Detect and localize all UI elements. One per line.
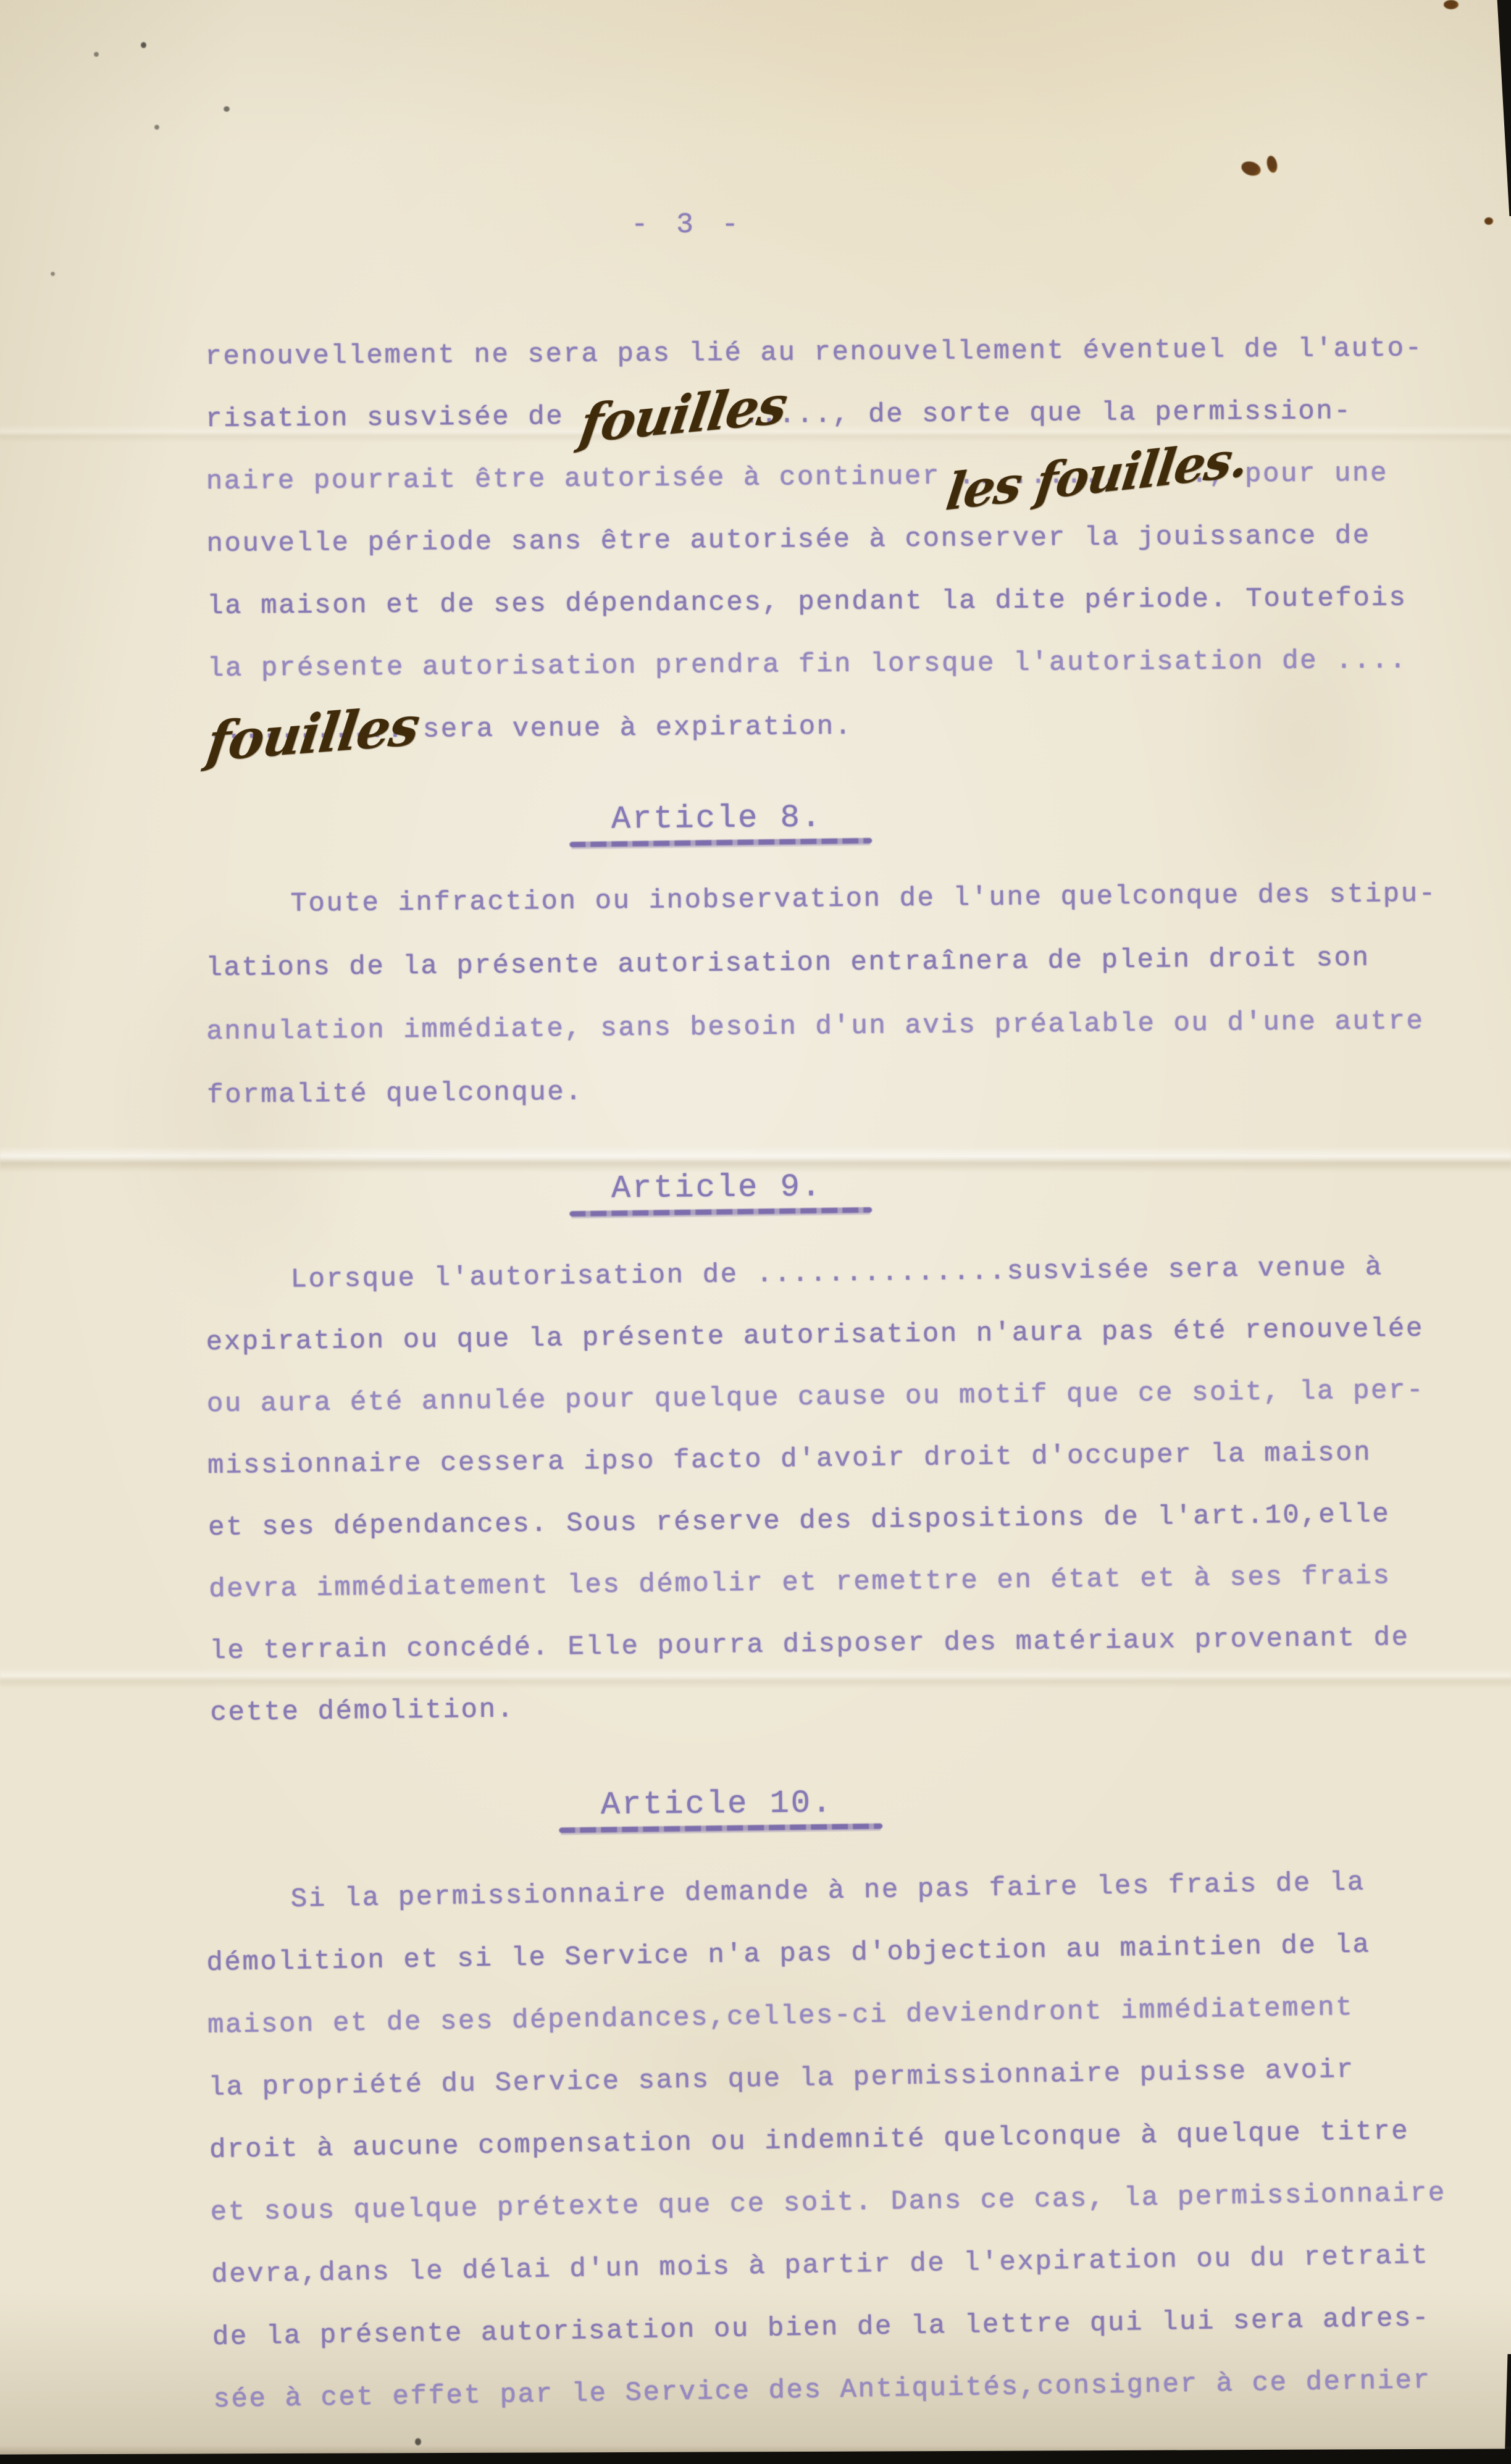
typed-line: ........fouilles... sera venue à expirat…	[207, 692, 1468, 763]
typed-line: nouvelle période sans être autorisée à c…	[206, 505, 1467, 576]
article-10-heading: Article 10.	[0, 1786, 1511, 1830]
foxing-stain	[1484, 217, 1493, 225]
typed-line: lations de la présente autorisation entr…	[206, 926, 1466, 1000]
typed-segment: ... sera venue à expiration.	[351, 711, 852, 746]
dotted-blank: ..............les fouilles.	[958, 444, 1210, 508]
handwritten-word-fouilles: fouilles	[576, 372, 791, 455]
typed-line: annulation immédiate, sans besoin d'un a…	[206, 989, 1467, 1064]
article-9-paragraph: Lorsque l'autorisation de ..............…	[205, 1236, 1470, 1744]
typed-segment: risation susvisée de	[206, 401, 582, 435]
dotted-blank: ..............fouilles	[582, 384, 833, 448]
article-9-heading: Article 9.	[0, 1170, 1511, 1213]
intro-paragraph: renouvellement ne sera pas lié au renouv…	[205, 317, 1468, 763]
article-10-paragraph: Si la permissionnaire demande à ne pas f…	[205, 1850, 1473, 2431]
typed-line: formalité quelconque.	[207, 1053, 1467, 1128]
ink-speck	[415, 2438, 421, 2445]
ink-speck	[94, 52, 99, 57]
ink-speck	[154, 125, 159, 130]
typed-line: naire pourrait être autorisée à continue…	[206, 442, 1466, 513]
typed-segment: naire pourrait être autorisée à continue…	[206, 461, 959, 497]
fold-crease	[0, 1146, 1511, 1172]
typed-line: Toute infraction ou inobservation de l'u…	[205, 862, 1465, 937]
article-9-heading-text: Article 9.	[611, 1169, 823, 1215]
article-8-heading: Article 8.	[0, 800, 1511, 844]
page-number: - 3 -	[0, 209, 1443, 241]
dotted-blank: ........fouilles	[207, 699, 351, 763]
typed-segment: , de sorte que la permission-	[832, 396, 1352, 430]
typed-line: renouvellement ne sera pas lié au renouv…	[205, 317, 1465, 388]
ink-speck	[141, 42, 146, 48]
document-scan: - 3 - renouvellement ne sera pas lié au …	[0, 0, 1511, 2464]
typed-dots: ..............	[756, 1256, 1007, 1290]
typed-segment: Lorsque l'autorisation de	[290, 1259, 756, 1296]
article-8-heading-text: Article 8.	[611, 800, 823, 845]
typed-line: la présente autorisation prendra fin lor…	[207, 629, 1468, 700]
foxing-stain	[1444, 0, 1459, 9]
ink-speck	[224, 106, 230, 112]
ink-speck	[51, 272, 55, 276]
typed-segment: susvisée sera venue à	[1007, 1252, 1383, 1287]
article-8-paragraph: Toute infraction ou inobservation de l'u…	[205, 862, 1467, 1128]
typed-line: la maison et de ses dépendances, pendant…	[207, 567, 1467, 638]
article-10-heading-text: Article 10.	[601, 1785, 834, 1830]
typed-line: risation susvisée de ..............fouil…	[206, 380, 1466, 451]
